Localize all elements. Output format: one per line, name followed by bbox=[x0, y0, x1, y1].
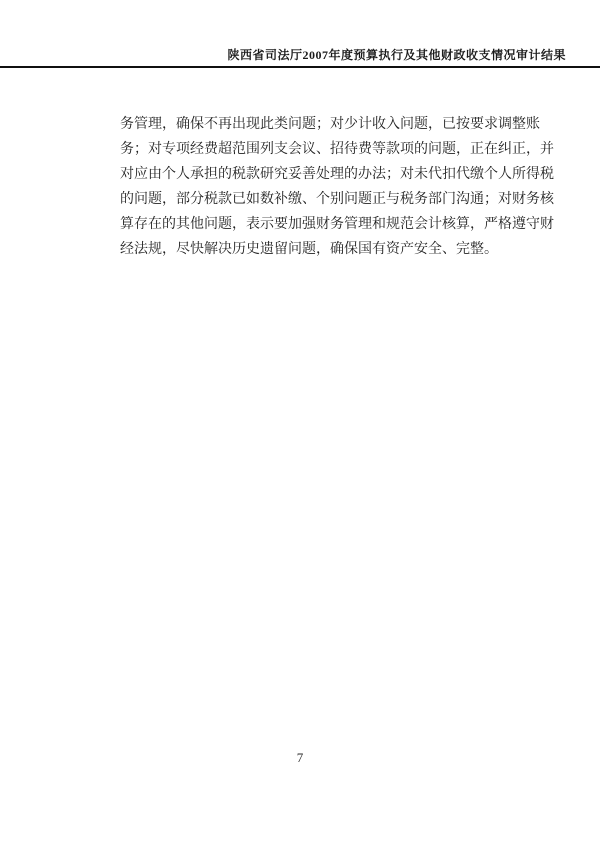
body-text-line: 经法规，尽快解决历史遗留问题，确保国有资产安全、完整。 bbox=[120, 237, 530, 262]
document-page: 陕西省司法厅2007年度预算执行及其他财政收支情况审计结果 务管理，确保不再出现… bbox=[0, 0, 600, 848]
page-number: 7 bbox=[0, 750, 600, 766]
body-text-line: 算存在的其他问题，表示要加强财务管理和规范会计核算，严格遵守财 bbox=[120, 212, 530, 237]
header-divider-rule bbox=[0, 66, 600, 68]
body-text-line: 务管理，确保不再出现此类问题；对少计收入问题，已按要求调整账 bbox=[120, 112, 530, 137]
running-header-title: 陕西省司法厅2007年度预算执行及其他财政收支情况审计结果 bbox=[0, 46, 566, 63]
body-text-line: 对应由个人承担的税款研究妥善处理的办法；对未代扣代缴个人所得税 bbox=[120, 162, 530, 187]
body-paragraph: 务管理，确保不再出现此类问题；对少计收入问题，已按要求调整账 务；对专项经费超范… bbox=[120, 112, 530, 262]
body-text-line: 的问题，部分税款已如数补缴、个别问题正与税务部门沟通；对财务核 bbox=[120, 187, 530, 212]
body-text-line: 务；对专项经费超范围列支会议、招待费等款项的问题，正在纠正，并 bbox=[120, 137, 530, 162]
